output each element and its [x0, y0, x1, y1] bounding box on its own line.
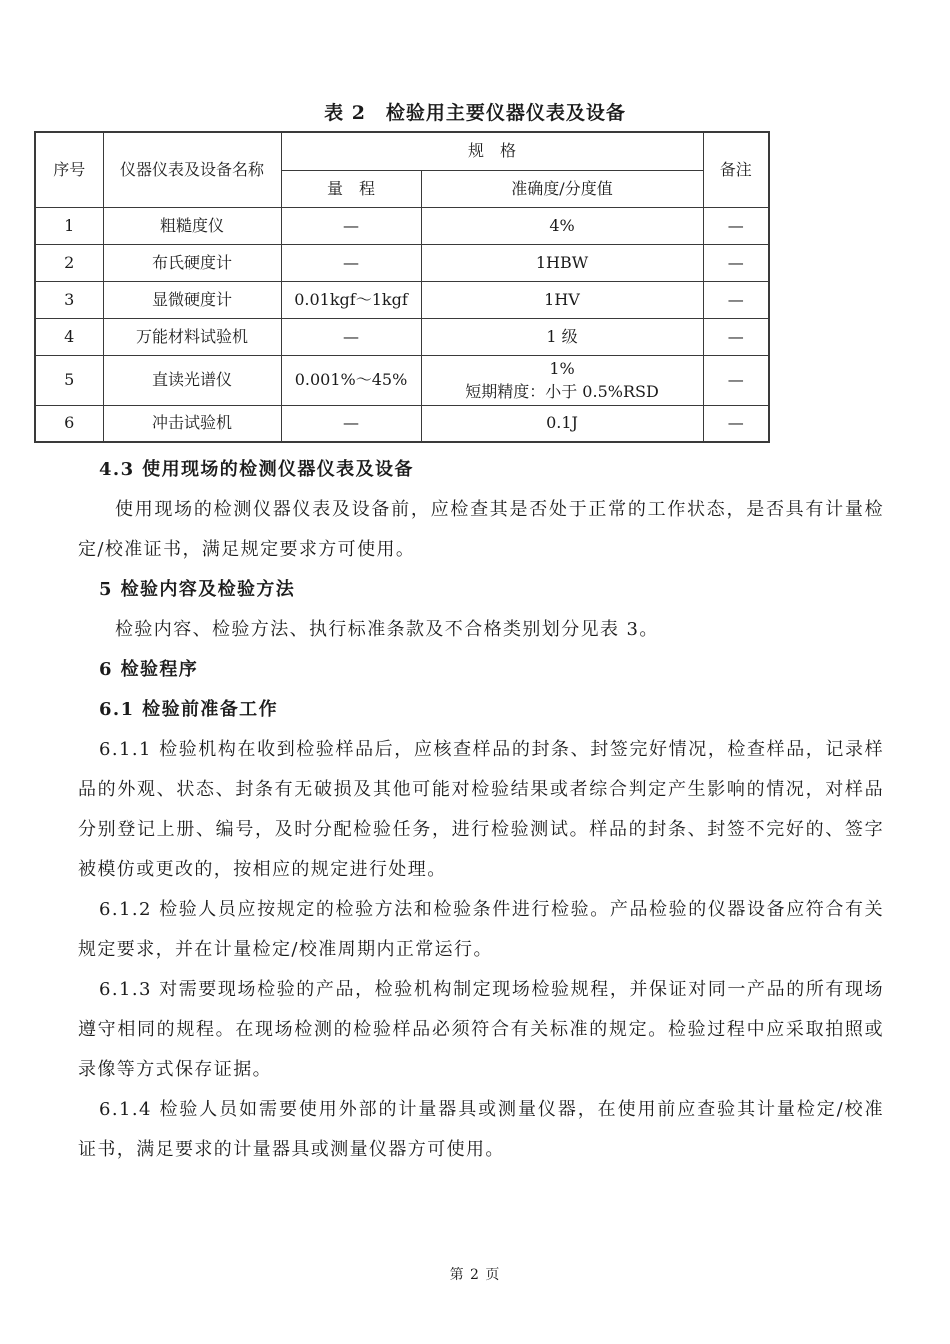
- paragraph-4-3: 使用现场的检测仪器仪表及设备前，应检查其是否处于正常的工作状态，是否具有计量检定…: [78, 490, 884, 570]
- cell-remark: —: [703, 405, 769, 442]
- cell-no: 6: [35, 405, 103, 442]
- table-row: 1 粗糙度仪 — 4% —: [35, 207, 769, 244]
- body-text: 4.3 使用现场的检测仪器仪表及设备 使用现场的检测仪器仪表及设备前，应检查其是…: [0, 450, 950, 1170]
- cell-accuracy: 0.1J: [421, 405, 703, 442]
- paragraph-6-1-1: 6.1.1 检验机构在收到检验样品后，应核查样品的封条、封签完好情况，检查样品，…: [78, 730, 884, 890]
- heading-6-1: 6.1 检验前准备工作: [78, 690, 884, 730]
- table-row: 2 布氏硬度计 — 1HBW —: [35, 244, 769, 281]
- page-number: 第 2 页: [0, 1264, 950, 1284]
- accuracy-line-2: 短期精度：小于 0.5%RSD: [422, 380, 703, 403]
- header-cell-spec: 规 格: [281, 132, 703, 170]
- cell-remark: —: [703, 318, 769, 355]
- heading-4-3: 4.3 使用现场的检测仪器仪表及设备: [78, 450, 884, 490]
- table-header-row-1: 序号 仪器仪表及设备名称 规 格 备注: [35, 132, 769, 170]
- table-row: 3 显微硬度计 0.01kgf～1kgf 1HV —: [35, 281, 769, 318]
- cell-accuracy: 1% 短期精度：小于 0.5%RSD: [421, 355, 703, 405]
- cell-accuracy: 1HBW: [421, 244, 703, 281]
- cell-remark: —: [703, 244, 769, 281]
- heading-5: 5 检验内容及检验方法: [78, 570, 884, 610]
- cell-accuracy: 4%: [421, 207, 703, 244]
- header-cell-remark: 备注: [703, 132, 769, 207]
- document-page: 表 2 检验用主要仪器仪表及设备 序号 仪器仪表及设备名称 规 格 备注 量 程…: [0, 0, 950, 1344]
- cell-range: —: [281, 405, 421, 442]
- table-row: 5 直读光谱仪 0.001%～45% 1% 短期精度：小于 0.5%RSD —: [35, 355, 769, 405]
- header-cell-accuracy: 准确度/分度值: [421, 170, 703, 207]
- accuracy-line-1: 1%: [422, 357, 703, 380]
- table-row: 6 冲击试验机 — 0.1J —: [35, 405, 769, 442]
- cell-range: 0.001%～45%: [281, 355, 421, 405]
- cell-no: 1: [35, 207, 103, 244]
- table-row: 4 万能材料试验机 — 1 级 —: [35, 318, 769, 355]
- cell-no: 4: [35, 318, 103, 355]
- header-cell-range: 量 程: [281, 170, 421, 207]
- cell-name: 万能材料试验机: [103, 318, 281, 355]
- header-cell-no: 序号: [35, 132, 103, 207]
- paragraph-6-1-2: 6.1.2 检验人员应按规定的检验方法和检验条件进行检验。产品检验的仪器设备应符…: [78, 890, 884, 970]
- cell-name: 布氏硬度计: [103, 244, 281, 281]
- cell-accuracy: 1 级: [421, 318, 703, 355]
- cell-remark: —: [703, 355, 769, 405]
- table-title: 表 2 检验用主要仪器仪表及设备: [0, 0, 950, 129]
- cell-name: 直读光谱仪: [103, 355, 281, 405]
- cell-range: —: [281, 318, 421, 355]
- paragraph-6-1-3: 6.1.3 对需要现场检验的产品，检验机构制定现场检验规程，并保证对同一产品的所…: [78, 970, 884, 1090]
- cell-name: 冲击试验机: [103, 405, 281, 442]
- cell-remark: —: [703, 281, 769, 318]
- cell-no: 5: [35, 355, 103, 405]
- equipment-table: 序号 仪器仪表及设备名称 规 格 备注 量 程 准确度/分度值 1 粗糙度仪 —…: [34, 131, 770, 443]
- cell-name: 粗糙度仪: [103, 207, 281, 244]
- cell-remark: —: [703, 207, 769, 244]
- heading-6: 6 检验程序: [78, 650, 884, 690]
- cell-range: —: [281, 244, 421, 281]
- paragraph-6-1-4: 6.1.4 检验人员如需要使用外部的计量器具或测量仪器，在使用前应查验其计量检定…: [78, 1090, 884, 1170]
- cell-no: 2: [35, 244, 103, 281]
- cell-range: 0.01kgf～1kgf: [281, 281, 421, 318]
- cell-name: 显微硬度计: [103, 281, 281, 318]
- header-cell-name: 仪器仪表及设备名称: [103, 132, 281, 207]
- paragraph-5: 检验内容、检验方法、执行标准条款及不合格类别划分见表 3。: [78, 610, 884, 650]
- cell-range: —: [281, 207, 421, 244]
- cell-accuracy: 1HV: [421, 281, 703, 318]
- cell-no: 3: [35, 281, 103, 318]
